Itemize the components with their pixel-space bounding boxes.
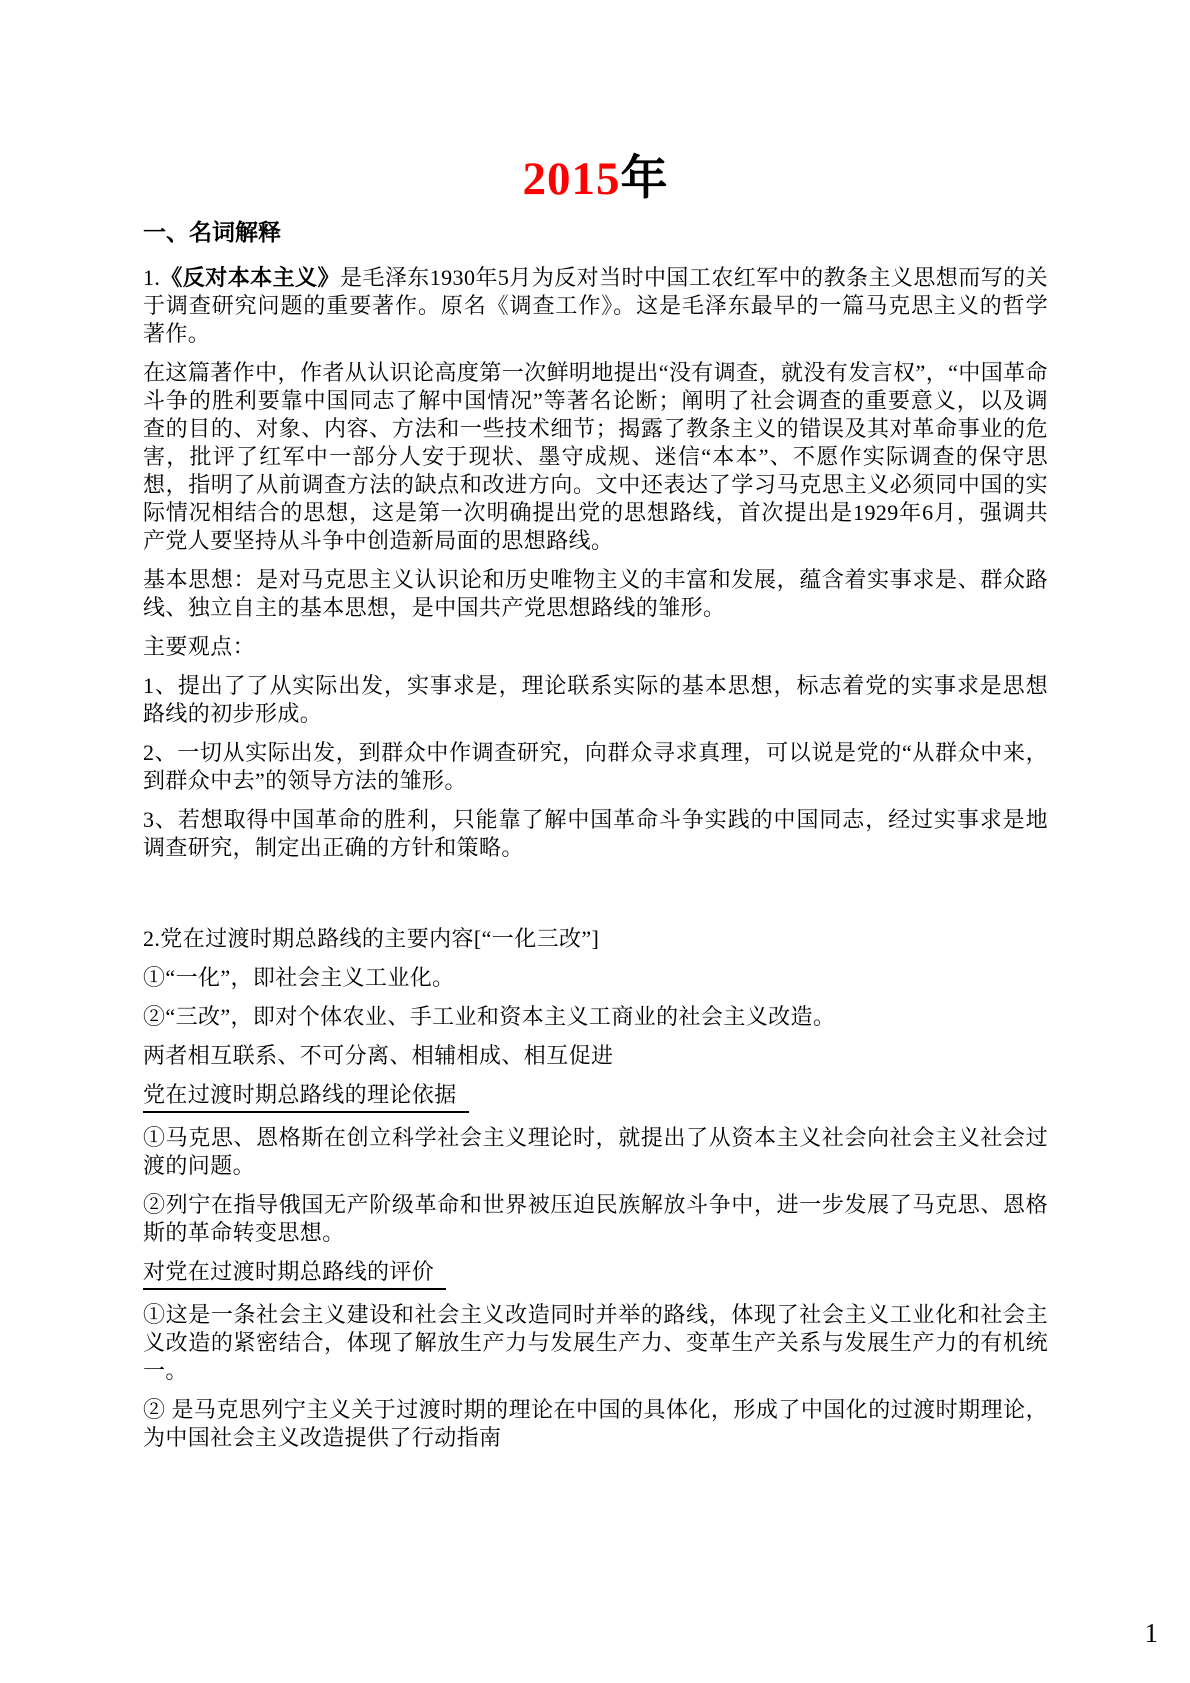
page-title: 2015年 <box>143 150 1048 208</box>
blank-gap <box>143 873 1048 925</box>
term1-title: 《反对本本主义》 <box>160 265 340 290</box>
document-page: 2015年 一、名词解释 1.《反对本本主义》是毛泽东1930年5月为反对当时中… <box>0 0 1190 1683</box>
page-number: 1 <box>1145 1616 1159 1650</box>
title-year: 2015 <box>523 153 621 205</box>
term1-viewpoint-2: 2、一切从实际出发，到群众中作调查研究，向群众寻求真理，可以说是党的“从群众中来… <box>143 739 1048 795</box>
term1-definition-paragraph: 1.《反对本本主义》是毛泽东1930年5月为反对当时中国工农红军中的教条主义思想… <box>143 264 1048 348</box>
term2-heading: 2.党在过渡时期总路线的主要内容[“一化三改”] <box>143 925 1048 953</box>
document-content: 2015年 一、名词解释 1.《反对本本主义》是毛泽东1930年5月为反对当时中… <box>0 0 1190 1452</box>
term2-basis-heading: 党在过渡时期总路线的理论依据 <box>143 1081 1048 1113</box>
term1-viewpoints-label: 主要观点： <box>143 633 1048 661</box>
term1-basic-idea: 基本思想：是对马克思主义认识论和历史唯物主义的丰富和发展，蕴含着实事求是、群众路… <box>143 566 1048 622</box>
term1-number: 1. <box>143 265 160 290</box>
term1-paragraph-2: 在这篇著作中，作者从认识论高度第一次鲜明地提出“没有调查，就没有发言权”，“中国… <box>143 359 1048 555</box>
term2-evaluation-heading-text: 对党在过渡时期总路线的评价 <box>143 1258 446 1290</box>
term2-point-2: ②“三改”，即对个体农业、手工业和资本主义工商业的社会主义改造。 <box>143 1003 1048 1031</box>
title-year-suffix: 年 <box>621 153 669 205</box>
term2-point-1: ①“一化”，即社会主义工业化。 <box>143 964 1048 992</box>
term2-basis-point-2: ②列宁在指导俄国无产阶级革命和世界被压迫民族解放斗争中，进一步发展了马克思、恩格… <box>143 1191 1048 1247</box>
term2-basis-point-1: ①马克思、恩格斯在创立科学社会主义理论时，就提出了从资本主义社会向社会主义社会过… <box>143 1124 1048 1180</box>
section-heading-glossary: 一、名词解释 <box>143 218 1048 248</box>
term2-evaluation-heading: 对党在过渡时期总路线的评价 <box>143 1258 1048 1290</box>
term1-viewpoint-1: 1、提出了了从实际出发，实事求是，理论联系实际的基本思想，标志着党的实事求是思想… <box>143 672 1048 728</box>
term2-basis-heading-text: 党在过渡时期总路线的理论依据 <box>143 1081 469 1113</box>
term2-relation: 两者相互联系、不可分离、相辅相成、相互促进 <box>143 1042 1048 1070</box>
term2-evaluation-point-2: ② 是马克思列宁主义关于过渡时期的理论在中国的具体化，形成了中国化的过渡时期理论… <box>143 1396 1048 1452</box>
term2-evaluation-point-1: ①这是一条社会主义建设和社会主义改造同时并举的路线，体现了社会主义工业化和社会主… <box>143 1301 1048 1385</box>
term1-viewpoint-3: 3、若想取得中国革命的胜利，只能靠了解中国革命斗争实践的中国同志，经过实事求是地… <box>143 806 1048 862</box>
